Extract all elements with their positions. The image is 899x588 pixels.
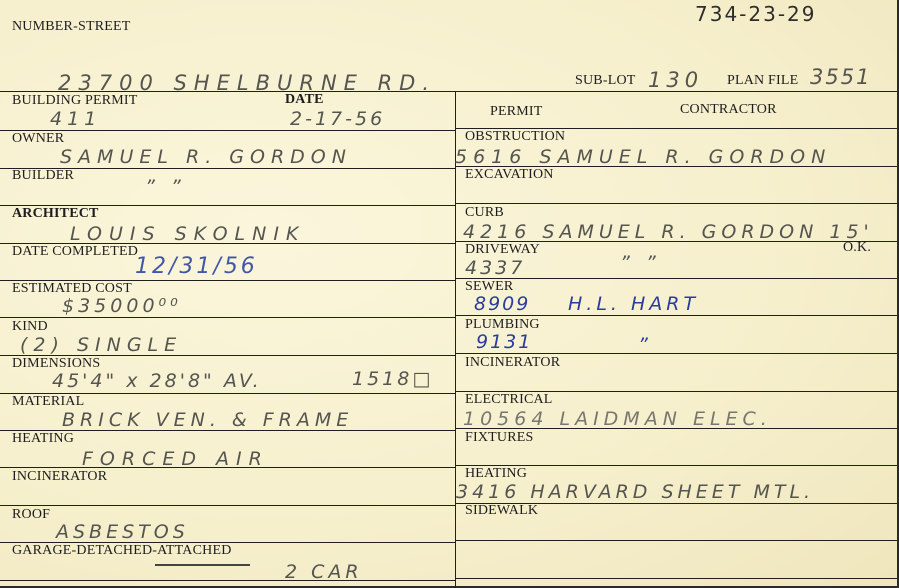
rule (0, 130, 455, 131)
building-permit-value: 411 (50, 108, 101, 130)
date-completed-label: DATE COMPLETED (12, 244, 138, 260)
heating-label: HEATING (12, 431, 74, 447)
obstruction-value: 5616 SAMUEL R. GORDON (455, 146, 831, 168)
builder-label: BUILDER (12, 168, 74, 184)
incinerator-label: INCINERATOR (12, 469, 107, 485)
roof-value: ASBESTOS (56, 521, 189, 543)
architect-value: LOUIS SKOLNIK (70, 223, 305, 245)
sewer-permit-value: 8909 (474, 293, 530, 315)
rule (0, 580, 455, 581)
builder-value: ” ” (145, 176, 186, 198)
obstruction-label: OBSTRUCTION (465, 129, 565, 145)
dimensions-area-value: 1518□ (352, 368, 433, 390)
date-label: DATE (285, 92, 324, 108)
date-completed-value: 12/31/56 (135, 256, 258, 278)
contractor-column-header: CONTRACTOR (680, 102, 777, 118)
plumbing-contractor-value: ” (638, 334, 653, 356)
rule (0, 317, 455, 318)
rule (455, 315, 897, 316)
driveway-label: DRIVEWAY (465, 242, 540, 258)
sub-lot-value: 130 (648, 69, 703, 91)
heating-permit-label: HEATING (465, 466, 527, 482)
owner-label: OWNER (12, 131, 64, 147)
number-street-label: NUMBER-STREET (12, 19, 131, 35)
permit-record-card: NUMBER-STREET 734-23-29 23700 SHELBURNE … (0, 0, 899, 588)
plan-file-value: 3551 (810, 66, 871, 88)
rule (455, 203, 897, 204)
permit-column-header: PERMIT (490, 104, 543, 120)
sewer-contractor-value: H.L. HART (568, 293, 699, 315)
rule (455, 540, 897, 541)
header-rule (0, 91, 897, 92)
garage-label: GARAGE-DETACHED-ATTACHED (12, 543, 232, 559)
material-label: MATERIAL (12, 394, 84, 410)
kind-label: KIND (12, 319, 48, 335)
driveway-permit-value: 4337 (465, 257, 525, 279)
garage-value: 2 CAR (285, 561, 363, 583)
ok-note: O.K. (843, 240, 871, 256)
curb-label: CURB (465, 205, 504, 221)
electrical-value: 10564 LAIDMAN ELEC. (463, 408, 772, 430)
material-value: BRICK VEN. & FRAME (62, 409, 353, 431)
plan-file-label: PLAN FILE (727, 73, 798, 89)
heating-permit-value: 3416 HARVARD SHEET MTL. (456, 481, 814, 503)
rule (455, 353, 897, 354)
architect-label: ARCHITECT (12, 206, 99, 222)
roof-label: ROOF (12, 507, 50, 523)
kind-value: (2) SINGLE (20, 334, 182, 356)
rule (455, 578, 897, 579)
curb-value: 4216 SAMUEL R. GORDON 15' (463, 221, 874, 243)
driveway-contractor-value: ” ” (620, 252, 661, 274)
heating-value: FORCED AIR (82, 448, 269, 470)
electrical-label: ELECTRICAL (465, 392, 553, 408)
plumbing-permit-value: 9131 (476, 331, 532, 353)
date-value: 2-17-56 (290, 108, 385, 130)
rule (0, 505, 455, 506)
sub-lot-label: SUB-LOT (575, 73, 636, 89)
garage-underline (155, 564, 250, 566)
owner-value: SAMUEL R. GORDON (60, 146, 352, 168)
excavation-label: EXCAVATION (465, 167, 554, 183)
dimensions-value: 45'4" x 28'8" AV. (52, 370, 262, 392)
incinerator-permit-label: INCINERATOR (465, 355, 560, 371)
fixtures-label: FIXTURES (465, 430, 534, 446)
card-number: 734-23-29 (695, 3, 817, 25)
building-permit-label: BUILDING PERMIT (12, 93, 138, 109)
estimated-cost-value: $35000⁰⁰ (62, 295, 182, 317)
sidewalk-label: SIDEWALK (465, 503, 538, 519)
